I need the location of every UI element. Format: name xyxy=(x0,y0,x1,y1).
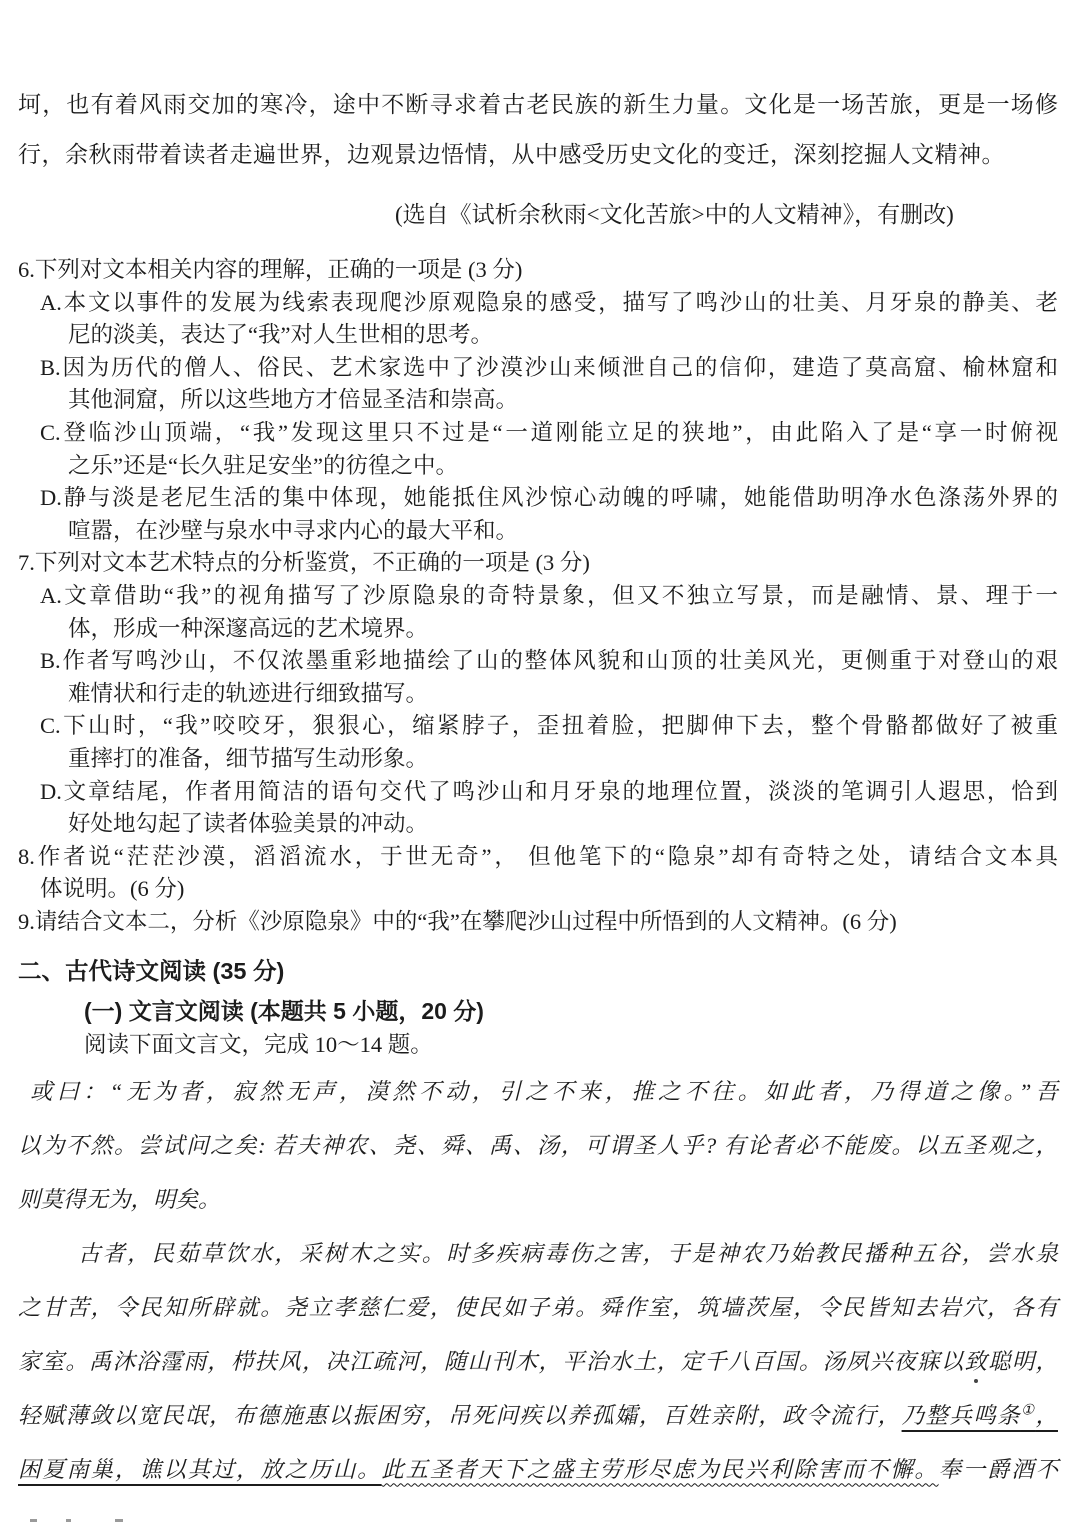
intro-line-2: 行，余秋雨带着读者走遍世界，边观景边悟情，从中感受历史文化的变迁，深刻挖掘人文精… xyxy=(18,130,1058,180)
classical-p2-line-2: 之甘苦，令民知所辟就。尧立孝慈仁爱，使民如子弟。舜作室，筑墙茨屋，令民皆知去岩穴… xyxy=(18,1281,1058,1335)
source-attribution: (选自《试析余秋雨<文化苦旅>中的人文精神》，有删改) xyxy=(18,190,1058,240)
question-6-option-b-line-1: B.因为历代的僧人、俗民、艺术家选中了沙漠沙山来倾泄自己的信仰，建造了莫高窟、榆… xyxy=(18,352,1058,385)
question-8-line-1: 8.作者说“茫茫沙漠，滔滔流水，于世无奇”， 但他笔下的“隐泉”却有奇特之处，请… xyxy=(18,841,1058,874)
cutoff-next-line-fragment xyxy=(66,1519,71,1522)
cutoff-next-line-fragment xyxy=(115,1519,123,1522)
underlined-phrase-lishan: 困夏南巢，谯以其过，放之历山。 xyxy=(18,1457,381,1482)
intro-line-1: 坷，也有着风雨交加的寒冷，途中不断寻求着古老民族的新生力量。文化是一场苦旅，更是… xyxy=(18,80,1058,130)
classical-p2-line-4: 轻赋薄敛以宽民氓，布德施惠以振困穷，吊死问疾以养孤孀，百姓亲附，政令流行，乃整兵… xyxy=(18,1389,1058,1443)
question-6-option-d-line-1: D.静与淡是老尼生活的集中体现，她能抵住风沙惊心动魄的呼啸，她能借助明净水色涤荡… xyxy=(18,482,1058,515)
classical-p2-line-3: 家室。禹沐浴霪雨，栉扶风，决江疏河，随山刊木，平治水土，定千八百国。汤夙兴夜寐以… xyxy=(18,1335,1058,1389)
question-6-option-b-line-2: 其他洞窟，所以这些地方才倍显圣洁和崇高。 xyxy=(18,384,1058,417)
footnote-marker-1: ① xyxy=(1021,1403,1035,1419)
wavy-underlined-sentence: 此五圣者天下之盛主劳形尽虑为民兴利除害而不懈。 xyxy=(381,1457,938,1482)
question-7-option-d-line-1: D.文章结尾，作者用简洁的语句交代了鸣沙山和月牙泉的地理位置，淡淡的笔调引人遐思… xyxy=(18,776,1058,809)
question-6-option-a-line-1: A.本文以事件的发展为线索表现爬沙原观隐泉的感受，描写了鸣沙山的壮美、月牙泉的静… xyxy=(18,287,1058,320)
underlined-phrase-mingtiao: 乃整兵鸣条①， xyxy=(902,1403,1058,1428)
underlined-comma: ， xyxy=(1035,1403,1058,1428)
classical-passage: 或曰：“无为者，寂然无声，漠然不动，引之不来，推之不往。如此者，乃得道之像。”吾… xyxy=(18,1065,1058,1497)
classical-p1-line-1: 或曰：“无为者，寂然无声，漠然不动，引之不来，推之不往。如此者，乃得道之像。”吾 xyxy=(18,1065,1058,1119)
question-7-stem: 7.下列对文本艺术特点的分析鉴赏，不正确的一项是 (3 分) xyxy=(18,547,1058,580)
classical-p2-line-1: 古者，民茹草饮水，采树木之实。时多疾病毒伤之害，于是神农乃始教民播种五谷，尝水泉 xyxy=(18,1227,1058,1281)
modern-text-questions: 6.下列对文本相关内容的理解，正确的一项是 (3 分) A.本文以事件的发展为线… xyxy=(18,254,1058,938)
classical-p1-line-3: 则莫得无为，明矣。 xyxy=(18,1173,1058,1227)
question-7-option-a-line-2: 体，形成一种深邃高远的艺术境界。 xyxy=(18,613,1058,646)
question-7-option-b-line-2: 难情状和行走的轨迹进行细致描写。 xyxy=(18,678,1058,711)
emphasis-dot-char: 致 xyxy=(964,1349,988,1374)
classical-p1-line-2: 以为不然。尝试问之矣: 若夫神农、尧、舜、禹、汤，可谓圣人乎? 有论者必不能废。… xyxy=(18,1119,1058,1173)
section-2-subtitle: (一) 文言文阅读 (本题共 5 小题，20 分) xyxy=(18,994,1058,1028)
question-7-option-d-line-2: 好处地勾起了读者体验美景的冲动。 xyxy=(18,808,1058,841)
classical-p2-line-3-tail: 聪明， xyxy=(988,1349,1058,1374)
question-6-option-c-line-2: 之乐”还是“长久驻足安坐”的彷徨之中。 xyxy=(18,450,1058,483)
exam-paper-page: 坷，也有着风雨交加的寒冷，途中不断寻求着古老民族的新生力量。文化是一场苦旅，更是… xyxy=(0,0,1080,1527)
question-6-option-a-line-2: 尼的淡美，表达了“我”对人生世相的思考。 xyxy=(18,319,1058,352)
classical-p2-line-5: 困夏南巢，谯以其过，放之历山。此五圣者天下之盛主劳形尽虑为民兴利除害而不懈。奉一… xyxy=(18,1443,1058,1497)
cutoff-next-line-fragment xyxy=(30,1519,37,1522)
question-7-option-c-line-1: C.下山时，“我”咬咬牙，狠狠心，缩紧脖子，歪扭着脸，把脚伸下去，整个骨骼都做好… xyxy=(18,710,1058,743)
question-8-line-2: 体说明。(6 分) xyxy=(18,873,1058,906)
question-7-option-b-line-1: B.作者写鸣沙山，不仅浓墨重彩地描绘了山的整体风貌和山顶的壮美风光，更侧重于对登… xyxy=(18,645,1058,678)
question-9: 9.请结合文本二，分析《沙原隐泉》中的“我”在攀爬沙山过程中所悟到的人文精神。(… xyxy=(18,906,1058,939)
classical-p2-line-3-text: 家室。禹沐浴霪雨，栉扶风，决江疏河，随山刊木，平治水土，定千八百国。汤夙兴夜寐以 xyxy=(18,1349,964,1374)
question-6-option-d-line-2: 喧嚣，在沙壁与泉水中寻求内心的最大平和。 xyxy=(18,515,1058,548)
reading-instruction: 阅读下面文言文，完成 10～14 题。 xyxy=(18,1028,1058,1061)
question-7-option-a-line-1: A.文章借助“我”的视角描写了沙原隐泉的奇特景象，但又不独立写景，而是融情、景、… xyxy=(18,580,1058,613)
underlined-text: 乃整兵鸣条 xyxy=(902,1403,1021,1428)
classical-p2-line-4-text: 轻赋薄敛以宽民氓，布德施惠以振困穷，吊死问疾以养孤孀，百姓亲附，政令流行， xyxy=(18,1403,902,1428)
question-7-option-c-line-2: 重摔打的准备，细节描写生动形象。 xyxy=(18,743,1058,776)
classical-p2-line-5-tail: 奉一爵酒不 xyxy=(939,1457,1058,1482)
question-6-option-c-line-1: C.登临沙山顶端，“我”发现这里只不过是“一道刚能立足的狭地”，由此陷入了是“享… xyxy=(18,417,1058,450)
section-2-title: 二、古代诗文阅读 (35 分) xyxy=(18,954,1058,988)
question-6-stem: 6.下列对文本相关内容的理解，正确的一项是 (3 分) xyxy=(18,254,1058,287)
